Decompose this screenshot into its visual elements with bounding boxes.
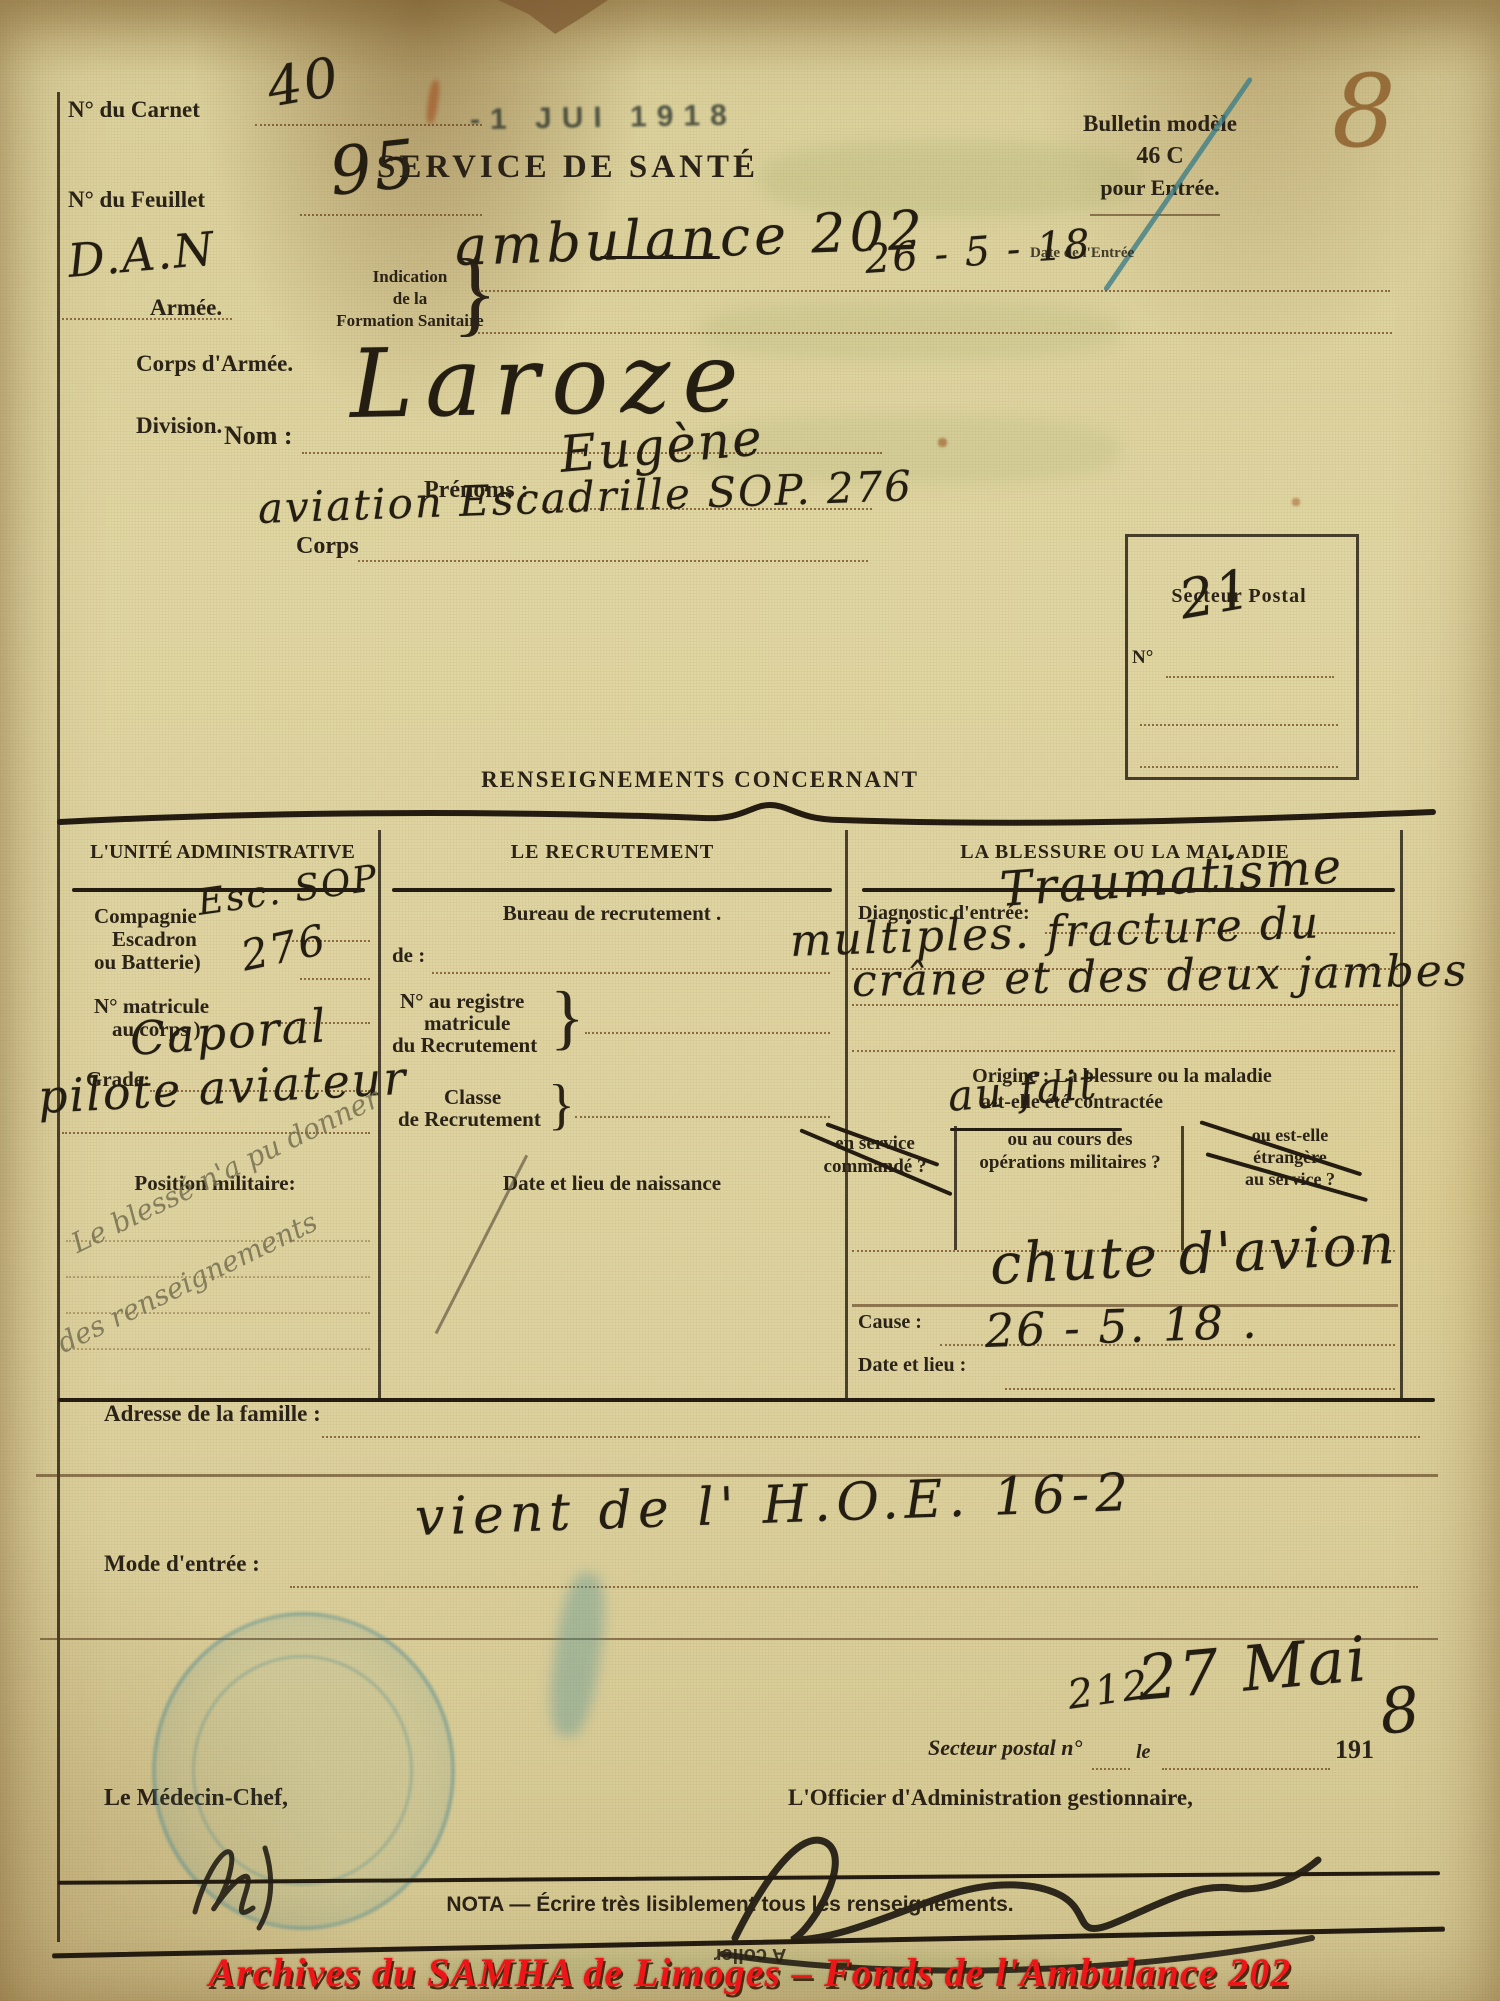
corps-armee-label: Corps d'Armée. bbox=[136, 352, 293, 376]
de-label: de : bbox=[392, 944, 425, 966]
nota-text: NOTA — Écrire très lisiblement tous les … bbox=[215, 1894, 1245, 1916]
origine-value: au fait bbox=[946, 1063, 1099, 1118]
compagnie-label-line2: Escadron bbox=[112, 928, 197, 950]
nom-label: Nom : bbox=[224, 422, 293, 449]
mode-entree-label: Mode d'entrée : bbox=[104, 1552, 260, 1576]
armee-value: D.A.N bbox=[66, 225, 217, 284]
adresse-label: Adresse de la famille : bbox=[104, 1402, 321, 1426]
col2-header-rule bbox=[392, 888, 832, 892]
compagnie-line2 bbox=[300, 978, 370, 980]
date-lieu-line bbox=[1005, 1388, 1395, 1390]
division-label: Division. bbox=[136, 414, 222, 438]
secteur-postal-value: 21 bbox=[1175, 562, 1256, 628]
left-border-rule bbox=[57, 92, 60, 1942]
carnet-value: 40 bbox=[263, 50, 344, 116]
service-divider-1 bbox=[954, 1126, 957, 1250]
armee-label: Armée. bbox=[150, 296, 222, 320]
corps-line bbox=[358, 560, 868, 562]
col2-header: LE RECRUTEMENT bbox=[390, 842, 835, 863]
classe-brace: } bbox=[548, 1080, 575, 1130]
registre-label-line3: du Recrutement bbox=[392, 1034, 537, 1056]
secteur-line3 bbox=[1140, 766, 1338, 768]
scanned-form-page: N° du Carnet 40 N° du Feuillet 95 -1 JUI… bbox=[0, 0, 1500, 2001]
bureau-label: Bureau de recrutement . bbox=[392, 902, 832, 924]
date-line bbox=[1162, 1768, 1330, 1770]
service-q2-line2: opérations militaires ? bbox=[962, 1153, 1178, 1173]
de-line bbox=[432, 972, 830, 974]
secteur-no-line bbox=[1092, 1768, 1130, 1770]
table-right-border bbox=[1400, 830, 1403, 1398]
secteur-postal-bottom-label: Secteur postal n° bbox=[928, 1736, 1082, 1759]
classe-line bbox=[575, 1116, 830, 1118]
le-label: le bbox=[1136, 1742, 1150, 1763]
carnet-line bbox=[255, 124, 482, 126]
corner-mark: 8 bbox=[1332, 62, 1398, 162]
bulletin-line1: Bulletin modèle bbox=[1060, 112, 1260, 136]
feuillet-label: N° du Feuillet bbox=[68, 188, 205, 212]
archive-caption: Archives du SAMHA de Limoges – Fonds de … bbox=[0, 1952, 1500, 1994]
naissance-label: Date et lieu de naissance bbox=[392, 1172, 832, 1194]
bulletin-line3: pour Entrée. bbox=[1060, 176, 1260, 199]
entry-day-value: 27 Mai bbox=[1135, 1628, 1370, 1710]
secteur-line1 bbox=[1166, 676, 1334, 678]
date-stamp: -1 JUI 1918 bbox=[470, 100, 737, 136]
date-lieu-label: Date et lieu : bbox=[858, 1355, 966, 1376]
renseignements-title: RENSEIGNEMENTS CONCERNANT bbox=[400, 768, 1000, 792]
mode-entree-line bbox=[290, 1586, 1418, 1588]
formation-value: ambulance 202 bbox=[454, 204, 927, 274]
registre-label-line2: matricule bbox=[424, 1012, 510, 1034]
service-q2-line1: ou au cours des bbox=[965, 1130, 1175, 1150]
registre-line bbox=[585, 1032, 830, 1034]
bulletin-line2: 46 C bbox=[1060, 144, 1260, 169]
year-hand-value: 8 bbox=[1377, 1678, 1425, 1744]
classe-label-line2: de Recrutement bbox=[398, 1108, 541, 1130]
page-title: SERVICE DE SANTÉ bbox=[358, 150, 778, 185]
compagnie-label-line3: ou Batterie) bbox=[94, 951, 201, 973]
diagnostic-value-line3: crâne et des deux jambes bbox=[852, 949, 1469, 1004]
registre-label-line1: N° au registre bbox=[400, 990, 524, 1012]
secteur-line2 bbox=[1140, 724, 1338, 726]
origine-label-line1: Origine : La blessure ou la maladie bbox=[862, 1066, 1382, 1087]
registre-brace: } bbox=[550, 985, 585, 1050]
carnet-label: N° du Carnet bbox=[68, 98, 200, 122]
diagnostic-line4 bbox=[852, 1050, 1395, 1052]
col1-header: L'UNITÉ ADMINISTRATIVE bbox=[75, 842, 370, 863]
compagnie-label-line1: Compagnie bbox=[94, 905, 197, 927]
corps-label: Corps bbox=[296, 534, 359, 559]
cause-label: Cause : bbox=[858, 1312, 922, 1333]
date-lieu-value: 26 - 5. 18 . bbox=[984, 1298, 1259, 1354]
year-printed: 191 bbox=[1335, 1736, 1374, 1763]
secteur-postal-no-label: N° bbox=[1132, 648, 1153, 668]
position-line4 bbox=[66, 1348, 370, 1350]
classe-label-line1: Classe bbox=[444, 1086, 501, 1108]
grade-value1: Caporal bbox=[128, 1002, 329, 1062]
formation-line1 bbox=[478, 290, 1390, 292]
brace-rule bbox=[58, 800, 1435, 834]
adresse-line bbox=[322, 1436, 1420, 1438]
